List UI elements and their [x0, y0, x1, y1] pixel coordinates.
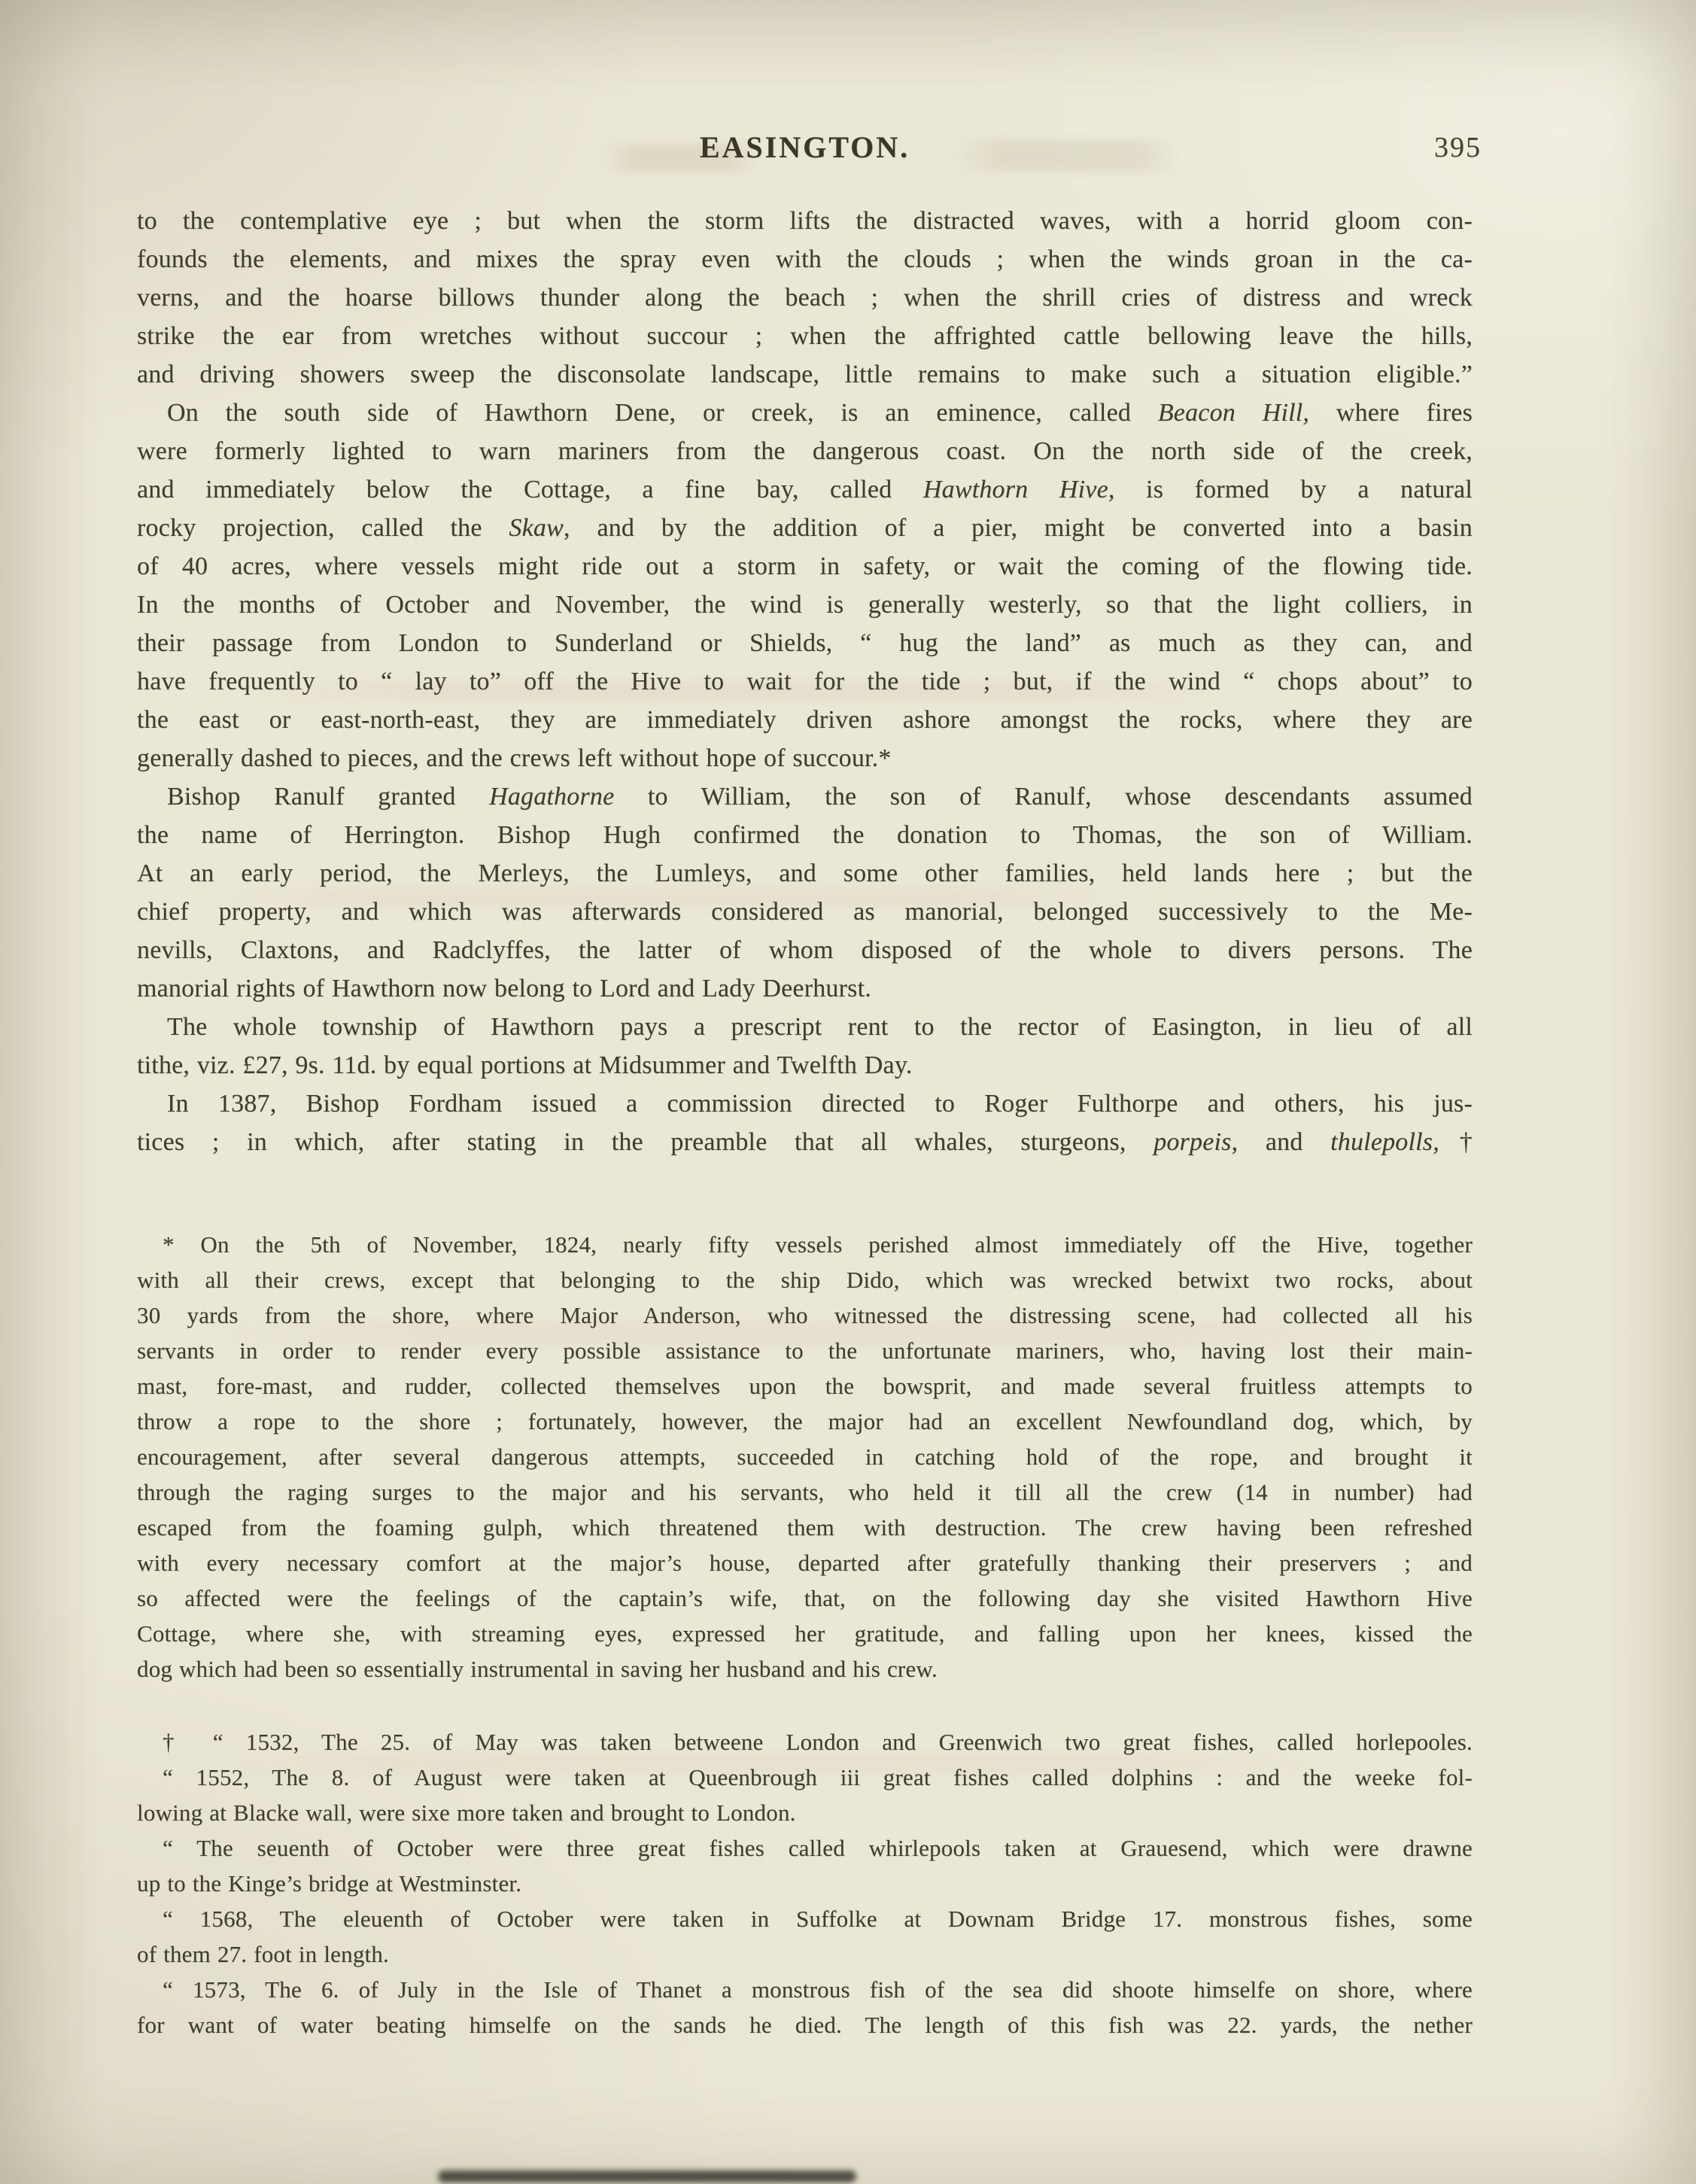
footnote-paragraph: “ 1573, The 6. of July in the Isle of Th…	[137, 1972, 1473, 2043]
text-line: 30 yards from the shore, where Major And…	[137, 1297, 1473, 1333]
footnote-dagger: † “ 1532, The 25. of May was taken betwe…	[137, 1724, 1473, 2043]
text-line: their passage from London to Sunderland …	[137, 624, 1473, 662]
text-segment: the name of Herrington. Bishop Hugh conf…	[137, 821, 1473, 849]
text-segment: mast, fore-mast, and rudder, collected t…	[137, 1373, 1473, 1399]
text-segment: their passage from London to Sunderland …	[137, 629, 1473, 657]
text-segment: * On the 5th of November, 1824, nearly f…	[163, 1231, 1473, 1258]
text-segment: with every necessary comfort at the majo…	[137, 1550, 1473, 1576]
text-segment: generally dashed to pieces, and the crew…	[137, 744, 892, 772]
italic-text: Hagathorne	[489, 783, 614, 811]
paragraph: Bishop Ranulf granted Hagathorne to Will…	[137, 777, 1473, 1008]
text-line: lowing at Blacke wall, were sixe more ta…	[137, 1795, 1473, 1830]
text-line: In the months of October and November, t…	[137, 586, 1473, 624]
text-segment: At an early period, the Merleys, the Lum…	[137, 859, 1473, 887]
text-line: “ 1568, The eleuenth of October were tak…	[137, 1901, 1473, 1936]
text-segment: of them 27. foot in length.	[137, 1941, 389, 1967]
text-segment: 30 yards from the shore, where Major And…	[137, 1302, 1473, 1328]
text-line: and immediately below the Cottage, a fin…	[137, 470, 1473, 509]
text-line: manorial rights of Hawthorn now belong t…	[137, 969, 1473, 1008]
text-line: On the south side of Hawthorn Dene, or c…	[137, 394, 1473, 432]
text-segment: †	[1439, 1128, 1473, 1156]
text-line: mast, fore-mast, and rudder, collected t…	[137, 1368, 1473, 1404]
text-line: * On the 5th of November, 1824, nearly f…	[137, 1227, 1473, 1262]
text-segment: “ The seuenth of October were three grea…	[163, 1835, 1473, 1861]
italic-text: porpeis	[1153, 1128, 1231, 1156]
text-line: nevills, Claxtons, and Radclyffes, the l…	[137, 931, 1473, 969]
paragraph: to the contemplative eye ; but when the …	[137, 202, 1473, 394]
text-line: dog which had been so essentially instru…	[137, 1651, 1473, 1687]
text-line: “ 1573, The 6. of July in the Isle of Th…	[137, 1972, 1473, 2007]
text-segment: tithe, viz. £27, 9s. 11d. by equal porti…	[137, 1051, 913, 1079]
paragraph: In 1387, Bishop Fordham issued a commiss…	[137, 1084, 1473, 1161]
text-segment: In 1387, Bishop Fordham issued a commiss…	[167, 1090, 1473, 1118]
text-line: throw a rope to the shore ; fortunately,…	[137, 1404, 1473, 1439]
text-line: At an early period, the Merleys, the Lum…	[137, 854, 1473, 893]
text-segment: In the months of October and November, t…	[137, 591, 1473, 619]
text-line: The whole township of Hawthorn pays a pr…	[137, 1008, 1473, 1046]
text-line: tices ; in which, after stating in the p…	[137, 1123, 1473, 1161]
text-segment: encouragement, after several dangerous a…	[137, 1443, 1473, 1470]
text-line: founds the elements, and mixes the spray…	[137, 240, 1473, 278]
text-segment: “ 1552, The 8. of August were taken at Q…	[163, 1764, 1473, 1790]
text-segment: have frequently to “ lay to” off the Hiv…	[137, 668, 1473, 695]
text-segment: and immediately below the Cottage, a fin…	[137, 476, 923, 503]
text-line: † “ 1532, The 25. of May was taken betwe…	[137, 1724, 1473, 1760]
text-line: verns, and the hoarse billows thunder al…	[137, 278, 1473, 317]
text-line: to the contemplative eye ; but when the …	[137, 202, 1473, 240]
text-line: strike the ear from wretches without suc…	[137, 317, 1473, 355]
italic-text: Hawthorn Hive,	[923, 476, 1115, 503]
page-number: 395	[1434, 131, 1482, 164]
text-line: encouragement, after several dangerous a…	[137, 1439, 1473, 1474]
text-line: tithe, viz. £27, 9s. 11d. by equal porti…	[137, 1046, 1473, 1084]
italic-text: Skaw	[509, 514, 564, 542]
footnote-paragraph: “ The seuenth of October were three grea…	[137, 1830, 1473, 1901]
paragraph: The whole township of Hawthorn pays a pr…	[137, 1008, 1473, 1084]
text-line: servants in order to render every possib…	[137, 1333, 1473, 1368]
text-segment: for want of water beating himselfe on th…	[137, 2012, 1473, 2038]
page-header: EASINGTON. 395	[137, 129, 1473, 175]
text-segment: to William, the son of Ranulf, whose des…	[614, 783, 1473, 811]
text-line: “ 1552, The 8. of August were taken at Q…	[137, 1760, 1473, 1795]
text-segment: so affected were the feelings of the cap…	[137, 1585, 1473, 1611]
running-title: EASINGTON.	[137, 129, 1473, 165]
text-segment: The whole township of Hawthorn pays a pr…	[167, 1013, 1473, 1041]
footnote-star: * On the 5th of November, 1824, nearly f…	[137, 1227, 1473, 1687]
text-line: were formerly lighted to warn mariners f…	[137, 432, 1473, 470]
text-segment: founds the elements, and mixes the spray…	[137, 245, 1473, 273]
text-segment: manorial rights of Hawthorn now belong t…	[137, 975, 871, 1002]
text-segment: nevills, Claxtons, and Radclyffes, the l…	[137, 936, 1473, 964]
text-segment: dog which had been so essentially instru…	[137, 1656, 938, 1682]
footnote-paragraph: † “ 1532, The 25. of May was taken betwe…	[137, 1724, 1473, 1760]
text-segment: lowing at Blacke wall, were sixe more ta…	[137, 1799, 796, 1826]
text-segment: up to the Kinge’s bridge at Westminster.	[137, 1870, 521, 1897]
text-segment: throw a rope to the shore ; fortunately,…	[137, 1408, 1473, 1434]
text-line: up to the Kinge’s bridge at Westminster.	[137, 1866, 1473, 1901]
page-edge-shadow	[438, 2170, 856, 2182]
text-segment: , and	[1232, 1128, 1331, 1156]
text-segment: to the contemplative eye ; but when the …	[137, 207, 1473, 235]
text-line: of 40 acres, where vessels might ride ou…	[137, 547, 1473, 586]
text-segment: tices ; in which, after stating in the p…	[137, 1128, 1153, 1156]
footnote-paragraph: “ 1552, The 8. of August were taken at Q…	[137, 1760, 1473, 1830]
text-segment: where fires	[1309, 399, 1473, 427]
text-line: of them 27. foot in length.	[137, 1936, 1473, 1972]
text-segment: the east or east-north-east, they are im…	[137, 706, 1473, 734]
text-line: the name of Herrington. Bishop Hugh conf…	[137, 816, 1473, 854]
text-segment: “ 1573, The 6. of July in the Isle of Th…	[163, 1976, 1473, 2003]
text-segment: escaped from the foaming gulph, which th…	[137, 1514, 1473, 1541]
text-line: with every necessary comfort at the majo…	[137, 1545, 1473, 1580]
text-line: with all their crews, except that belong…	[137, 1262, 1473, 1297]
text-line: Bishop Ranulf granted Hagathorne to Will…	[137, 777, 1473, 816]
text-line: Cottage, where she, with streaming eyes,…	[137, 1616, 1473, 1651]
text-segment: Cottage, where she, with streaming eyes,…	[137, 1620, 1473, 1647]
text-segment: is formed by a natural	[1115, 476, 1473, 503]
body-text: to the contemplative eye ; but when the …	[137, 202, 1473, 1161]
footnotes: * On the 5th of November, 1824, nearly f…	[137, 1227, 1473, 2043]
text-segment: † “ 1532, The 25. of May was taken betwe…	[163, 1729, 1473, 1755]
text-segment: servants in order to render every possib…	[137, 1337, 1473, 1364]
text-line: through the raging surges to the major a…	[137, 1474, 1473, 1510]
text-line: for want of water beating himselfe on th…	[137, 2007, 1473, 2043]
text-segment: rocky projection, called the	[137, 514, 509, 542]
text-line: escaped from the foaming gulph, which th…	[137, 1510, 1473, 1545]
text-line: generally dashed to pieces, and the crew…	[137, 739, 1473, 777]
text-line: have frequently to “ lay to” off the Hiv…	[137, 662, 1473, 701]
italic-text: Beacon Hill,	[1158, 399, 1309, 427]
footnote-paragraph: “ 1568, The eleuenth of October were tak…	[137, 1901, 1473, 1972]
text-segment: through the raging surges to the major a…	[137, 1479, 1473, 1505]
text-segment: “ 1568, The eleuenth of October were tak…	[163, 1906, 1473, 1932]
italic-text: thulepolls,	[1330, 1128, 1439, 1156]
text-line: and driving showers sweep the disconsola…	[137, 355, 1473, 394]
text-line: the east or east-north-east, they are im…	[137, 701, 1473, 739]
text-segment: chief property, and which was afterwards…	[137, 898, 1473, 926]
text-segment: On the south side of Hawthorn Dene, or c…	[167, 399, 1158, 427]
text-line: chief property, and which was afterwards…	[137, 893, 1473, 931]
text-segment: strike the ear from wretches without suc…	[137, 322, 1473, 350]
text-segment: were formerly lighted to warn mariners f…	[137, 437, 1473, 465]
text-line: so affected were the feelings of the cap…	[137, 1580, 1473, 1616]
text-segment: Bishop Ranulf granted	[167, 783, 489, 811]
paragraph: On the south side of Hawthorn Dene, or c…	[137, 394, 1473, 777]
text-line: rocky projection, called the Skaw, and b…	[137, 509, 1473, 547]
text-segment: with all their crews, except that belong…	[137, 1267, 1473, 1293]
text-segment: of 40 acres, where vessels might ride ou…	[137, 552, 1473, 580]
text-line: “ The seuenth of October were three grea…	[137, 1830, 1473, 1866]
text-line: In 1387, Bishop Fordham issued a commiss…	[137, 1084, 1473, 1123]
text-segment: , and by the addition of a pier, might b…	[564, 514, 1473, 542]
text-segment: and driving showers sweep the disconsola…	[137, 360, 1473, 388]
text-segment: verns, and the hoarse billows thunder al…	[137, 284, 1473, 312]
